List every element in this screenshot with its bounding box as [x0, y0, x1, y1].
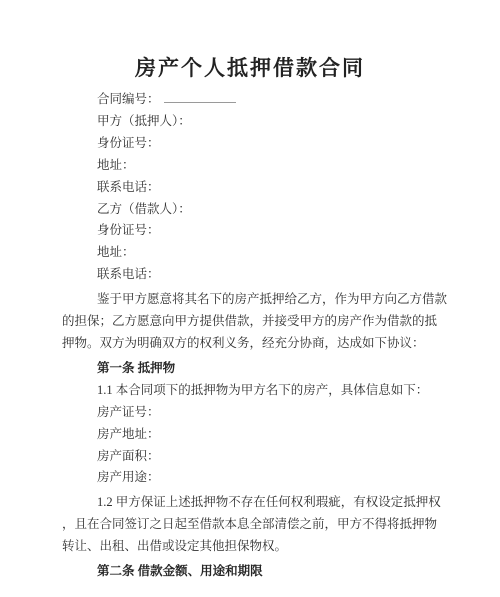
field-party-a-phone: 联系电话： — [62, 177, 439, 199]
field-party-b-phone: 联系电话： — [62, 264, 439, 286]
field-party-a-address: 地址： — [62, 155, 439, 177]
field-property-area: 房产面积： — [62, 446, 439, 468]
clause-1-1: 1.1 本合同项下的抵押物为甲方名下的房产，具体信息如下： — [62, 380, 439, 402]
contract-number-label: 合同编号： — [97, 92, 160, 106]
field-party-a-name: 甲方（抵押人）： — [62, 111, 439, 133]
document-title: 房产个人抵押借款合同 — [0, 0, 500, 82]
clause-1-2-line-2: ，且在合同签订之日起至借款本息全部清偿之前，甲方不得将抵押物 — [62, 514, 439, 536]
document-body: 合同编号： 甲方（抵押人）： 身份证号： 地址： 联系电话： 乙方（借款人）： … — [0, 89, 500, 583]
field-contract-number: 合同编号： — [62, 89, 439, 111]
field-party-a-id: 身份证号： — [62, 133, 439, 155]
preamble-line-1: 鉴于甲方愿意将其名下的房产抵押给乙方，作为甲方向乙方借款 — [62, 289, 439, 311]
field-party-b-address: 地址： — [62, 242, 439, 264]
preamble-line-2: 的担保；乙方愿意向甲方提供借款，并接受甲方的房产作为借款的抵 — [62, 311, 439, 333]
section-1-heading: 第一条 抵押物 — [62, 358, 439, 380]
field-property-address: 房产地址： — [62, 424, 439, 446]
contract-number-blank-line — [164, 90, 236, 103]
clause-1-2-line-3: 转让、出租、出借或设定其他担保物权。 — [62, 536, 439, 558]
section-2-heading: 第二条 借款金额、用途和期限 — [62, 561, 439, 583]
field-party-b-id: 身份证号： — [62, 220, 439, 242]
document-page: 房产个人抵押借款合同 合同编号： 甲方（抵押人）： 身份证号： 地址： 联系电话… — [0, 0, 500, 597]
preamble-line-3: 押物。双方为明确双方的权利义务，经充分协商，达成如下协议： — [62, 333, 439, 355]
field-property-cert-number: 房产证号： — [62, 402, 439, 424]
field-party-b-name: 乙方（借款人）： — [62, 199, 439, 221]
clause-1-2-line-1: 1.2 甲方保证上述抵押物不存在任何权利瑕疵，有权设定抵押权 — [62, 492, 439, 514]
field-property-use: 房产用途： — [62, 467, 439, 489]
